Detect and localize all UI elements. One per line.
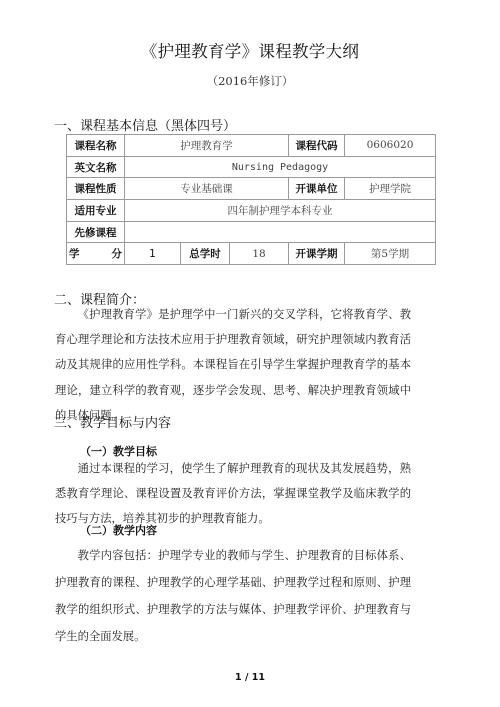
credit-label: 学 分 — [67, 243, 125, 265]
course-nature-label: 课程性质 — [67, 178, 125, 200]
course-code-label: 课程代码 — [289, 135, 345, 157]
course-info-table: 课程名称 护理教育学 课程代码 0606020 英文名称 Nursing Ped… — [66, 134, 436, 265]
course-nature-value: 专业基础课 — [125, 178, 289, 200]
section1-heading: 一、课程基本信息（黑体四号） — [54, 115, 236, 134]
semester-label: 开课学期 — [289, 243, 345, 265]
department-label: 开课单位 — [289, 178, 345, 200]
table-row: 课程名称 护理教育学 课程代码 0606020 — [67, 135, 436, 157]
course-name-label: 课程名称 — [67, 135, 125, 157]
document-title: 《护理教育学》课程教学大纲 — [0, 38, 500, 62]
total-hours-label: 总学时 — [181, 243, 230, 265]
english-name-label: 英文名称 — [67, 156, 125, 178]
document-subtitle: （2016年修订） — [0, 73, 500, 89]
credit-value: 1 — [125, 243, 181, 265]
credit-label-left: 学 — [69, 246, 80, 261]
table-row: 课程性质 专业基础课 开课单位 护理学院 — [67, 178, 436, 200]
table-row: 学 分 1 总学时 18 开课学期 第5学期 — [67, 243, 436, 265]
prerequisite-label: 先修课程 — [67, 221, 125, 243]
section2-paragraph: 《护理教育学》是护理学中一门新兴的交叉学科，它将教育学、教育心理学理论和方法技术… — [55, 302, 411, 428]
table-row: 英文名称 Nursing Pedagogy — [67, 156, 436, 178]
prerequisite-value — [125, 221, 436, 243]
english-name-value: Nursing Pedagogy — [125, 156, 436, 178]
major-label: 适用专业 — [67, 200, 125, 222]
section3-sub2-paragraph: 教学内容包括：护理学专业的教师与学生、护理教育的目标体系、护理教育的课程、护理教… — [55, 542, 411, 650]
course-code-value: 0606020 — [345, 135, 436, 157]
semester-value: 第5学期 — [345, 243, 436, 265]
course-name-value: 护理教育学 — [125, 135, 289, 157]
table-row: 适用专业 四年制护理学本科专业 — [67, 200, 436, 222]
major-value: 四年制护理学本科专业 — [125, 200, 436, 222]
total-hours-value: 18 — [230, 243, 289, 265]
page-indicator: 1 / 11 — [0, 672, 500, 683]
credit-label-right: 分 — [112, 246, 123, 261]
table-row: 先修课程 — [67, 221, 436, 243]
section3-sub2-heading: （二）教学内容 — [80, 522, 157, 538]
section3-sub1-paragraph: 通过本课程的学习，使学生了解护理教育的现状及其发展趋势，熟悉教育学理论、课程设置… — [55, 456, 411, 532]
department-value: 护理学院 — [345, 178, 436, 200]
section3-heading: 三、教学目标与内容 — [54, 412, 171, 431]
